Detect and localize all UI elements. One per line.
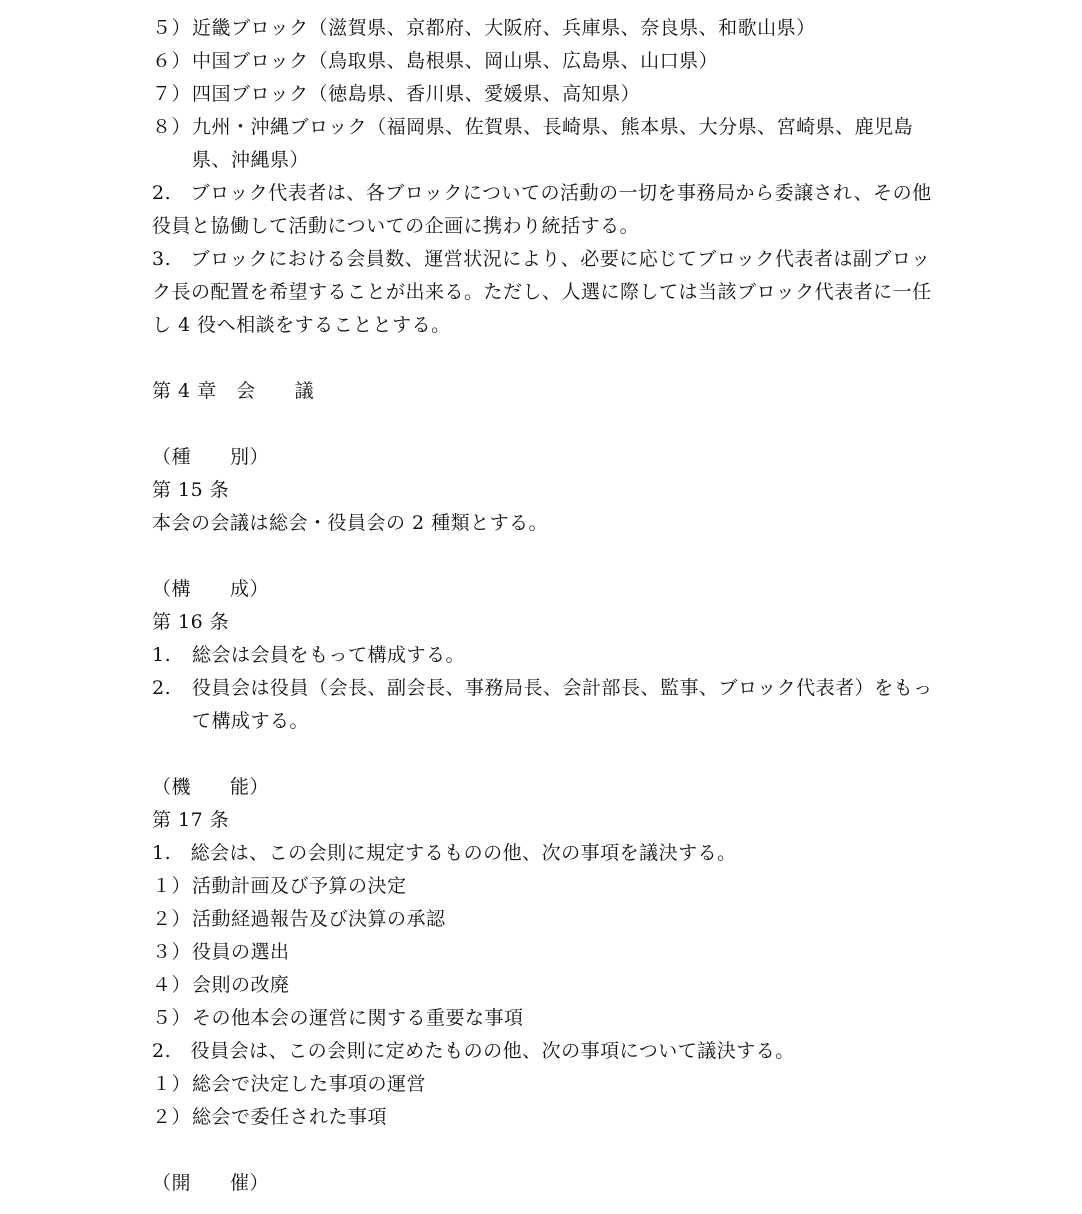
list-item: １）総会で決定した事項の運営: [152, 1068, 932, 1101]
list-item-continuation: て構成する。: [152, 705, 932, 738]
article-title: 第 16 条: [152, 606, 932, 639]
spacer: [152, 342, 932, 375]
list-item: ５）その他本会の運営に関する重要な事項: [152, 1002, 932, 1035]
list-item: ３）役員の選出: [152, 936, 932, 969]
article-paragraph-2: 2. 役員会は、この会則に定めたものの他、次の事項について議決する。: [152, 1035, 932, 1068]
list-item: ５）近畿ブロック（滋賀県、京都府、大阪府、兵庫県、奈良県、和歌山県）: [152, 12, 932, 45]
list-item: ２）総会で委任された事項: [152, 1101, 932, 1134]
article-caption: （構 成）: [152, 573, 932, 606]
document-page: ５）近畿ブロック（滋賀県、京都府、大阪府、兵庫県、奈良県、和歌山県） ６）中国ブ…: [152, 12, 932, 1200]
list-item: 1.総会は会員をもって構成する。: [152, 639, 932, 672]
article-caption: （開 催）: [152, 1167, 932, 1200]
article-title: 第 15 条: [152, 474, 932, 507]
spacer: [152, 540, 932, 573]
list-item-continuation: 県、沖縄県）: [152, 144, 932, 177]
article-caption: （機 能）: [152, 771, 932, 804]
list-item: ４）会則の改廃: [152, 969, 932, 1002]
spacer: [152, 408, 932, 441]
list-item: ２）活動経過報告及び決算の承認: [152, 903, 932, 936]
list-item: ８）九州・沖縄ブロック（福岡県、佐賀県、長崎県、熊本県、大分県、宮崎県、鹿児島: [152, 111, 932, 144]
spacer: [152, 1134, 932, 1167]
article-title: 第 17 条: [152, 804, 932, 837]
list-item: ６）中国ブロック（鳥取県、島根県、岡山県、広島県、山口県）: [152, 45, 932, 78]
list-item: 2.役員会は役員（会長、副会長、事務局長、会計部長、監事、ブロック代表者）をもっ: [152, 672, 932, 705]
chapter-heading: 第 4 章 会 議: [152, 375, 932, 408]
paragraph-2-line-1: 2. ブロック代表者は、各ブロックについての活動の一切を事務局から委譲され、その…: [152, 177, 932, 210]
list-item: １）活動計画及び予算の決定: [152, 870, 932, 903]
spacer: [152, 738, 932, 771]
list-item: ７）四国ブロック（徳島県、香川県、愛媛県、高知県）: [152, 78, 932, 111]
paragraph-2-line-2: 役員と協働して活動についての企画に携わり統括する。: [152, 210, 932, 243]
article-paragraph-1: 1. 総会は、この会則に規定するものの他、次の事項を議決する。: [152, 837, 932, 870]
article-body: 本会の会議は総会・役員会の 2 種類とする。: [152, 507, 932, 540]
paragraph-3-line-2: ク長の配置を希望することが出来る。ただし、人選に際しては当該ブロック代表者に一任: [152, 276, 932, 309]
paragraph-3-line-1: 3. ブロックにおける会員数、運営状況により、必要に応じてブロック代表者は副ブロ…: [152, 243, 932, 276]
article-caption: （種 別）: [152, 441, 932, 474]
paragraph-3-line-3: し 4 役へ相談をすることとする。: [152, 309, 932, 342]
